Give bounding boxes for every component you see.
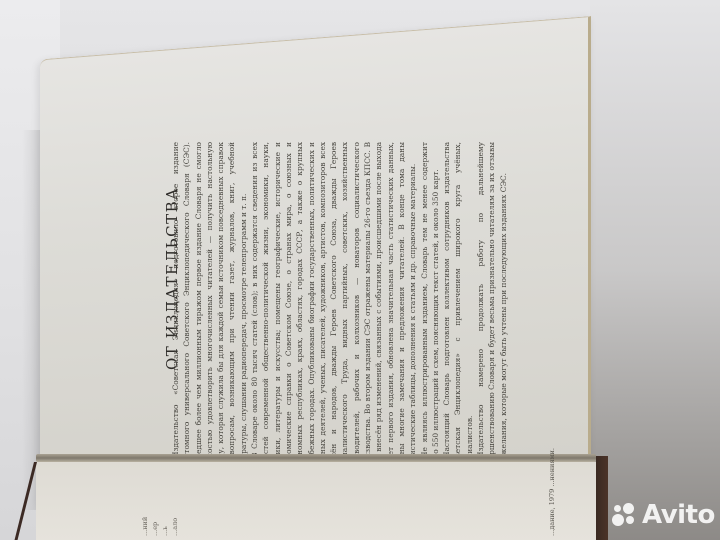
page-footer-text: ...дание, 1979 ...нениями. [548,448,556,536]
avito-watermark: Avito [612,500,715,530]
lower-page-text: ...ний ...ер ...ь ...ало [140,456,180,536]
avito-dots-icon [612,503,636,527]
paragraph: Издательство намерено продолжать работу … [475,142,509,472]
text-fragment: ...ний [140,456,150,536]
page-fold [36,454,596,462]
paragraph: Настоящий Словарь подготовлен коллективо… [441,142,475,472]
text-fragment: ...ало [170,456,180,536]
text-fragment: ...ер [150,456,160,536]
watermark-label: Avito [642,500,715,530]
book-cover-edge [596,456,608,540]
lower-page [36,462,596,540]
background-table [590,0,720,540]
paragraph: Не являясь иллюстрированным изданием, Сл… [419,142,442,472]
page-body-text: Издательство «Советская Энциклопедия» по… [170,142,509,472]
paragraph: В Словаре около 80 тысяч статей (слов); … [249,142,418,472]
text-fragment: ...ь [160,456,170,536]
paragraph: Издательство «Советская Энциклопедия» по… [170,142,249,472]
